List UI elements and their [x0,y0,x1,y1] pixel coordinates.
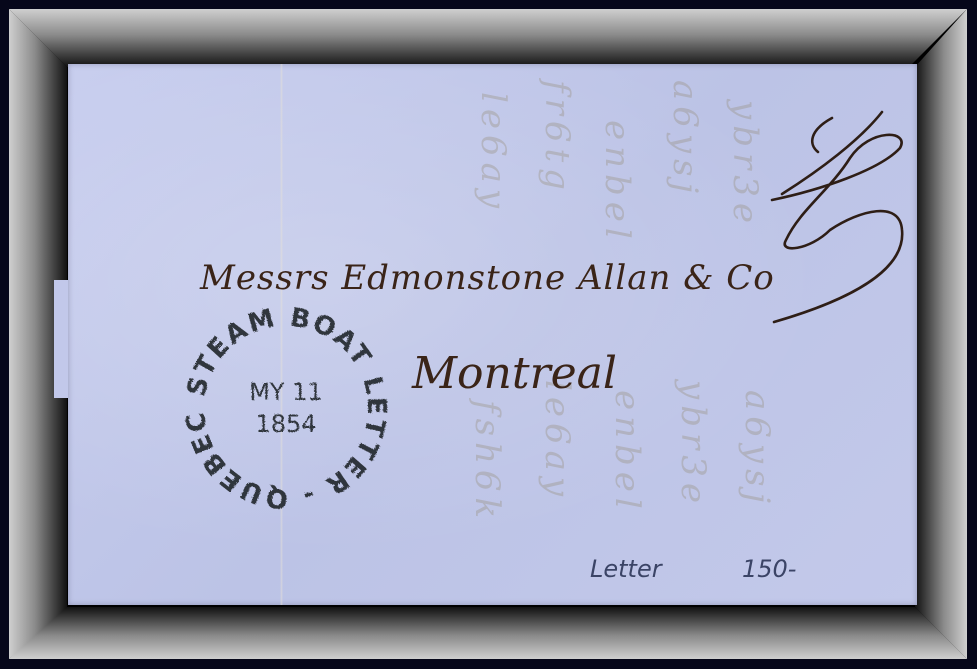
rate-mark: 3 [760,100,920,330]
addressee-name: Messrs Edmonstone Allan & Co [200,258,775,298]
bleed-through-writing: fsh6k [470,400,504,524]
bleed-through-writing: ybr3e [728,100,762,229]
pencil-note-price: 150- [742,555,796,583]
frame-bevel-bottom [9,607,967,659]
rate-mark-value: 3 [840,159,841,161]
bleed-through-writing: ybr3e [676,380,710,509]
steamboat-postmark: STEAM BOAT LETTER - QUEBEC - MY 11 1854 [176,298,396,518]
destination-city: Montreal [412,348,617,399]
bleed-through-writing: a6ysj [740,390,774,509]
bleed-through-writing: le6ay [476,92,510,214]
pencil-note-label: Letter [590,555,662,583]
frame-bevel-top [9,9,967,67]
postmark-date: MY 11 [249,378,323,406]
bleed-through-writing: enbel [600,120,634,245]
bleed-through-writing: a6ysj [668,80,702,199]
postmark-year: 1854 [255,410,316,438]
frame-bevel-right [915,9,967,659]
bleed-through-writing: enbel [610,390,644,515]
bleed-through-writing: fr6tg [540,80,574,196]
